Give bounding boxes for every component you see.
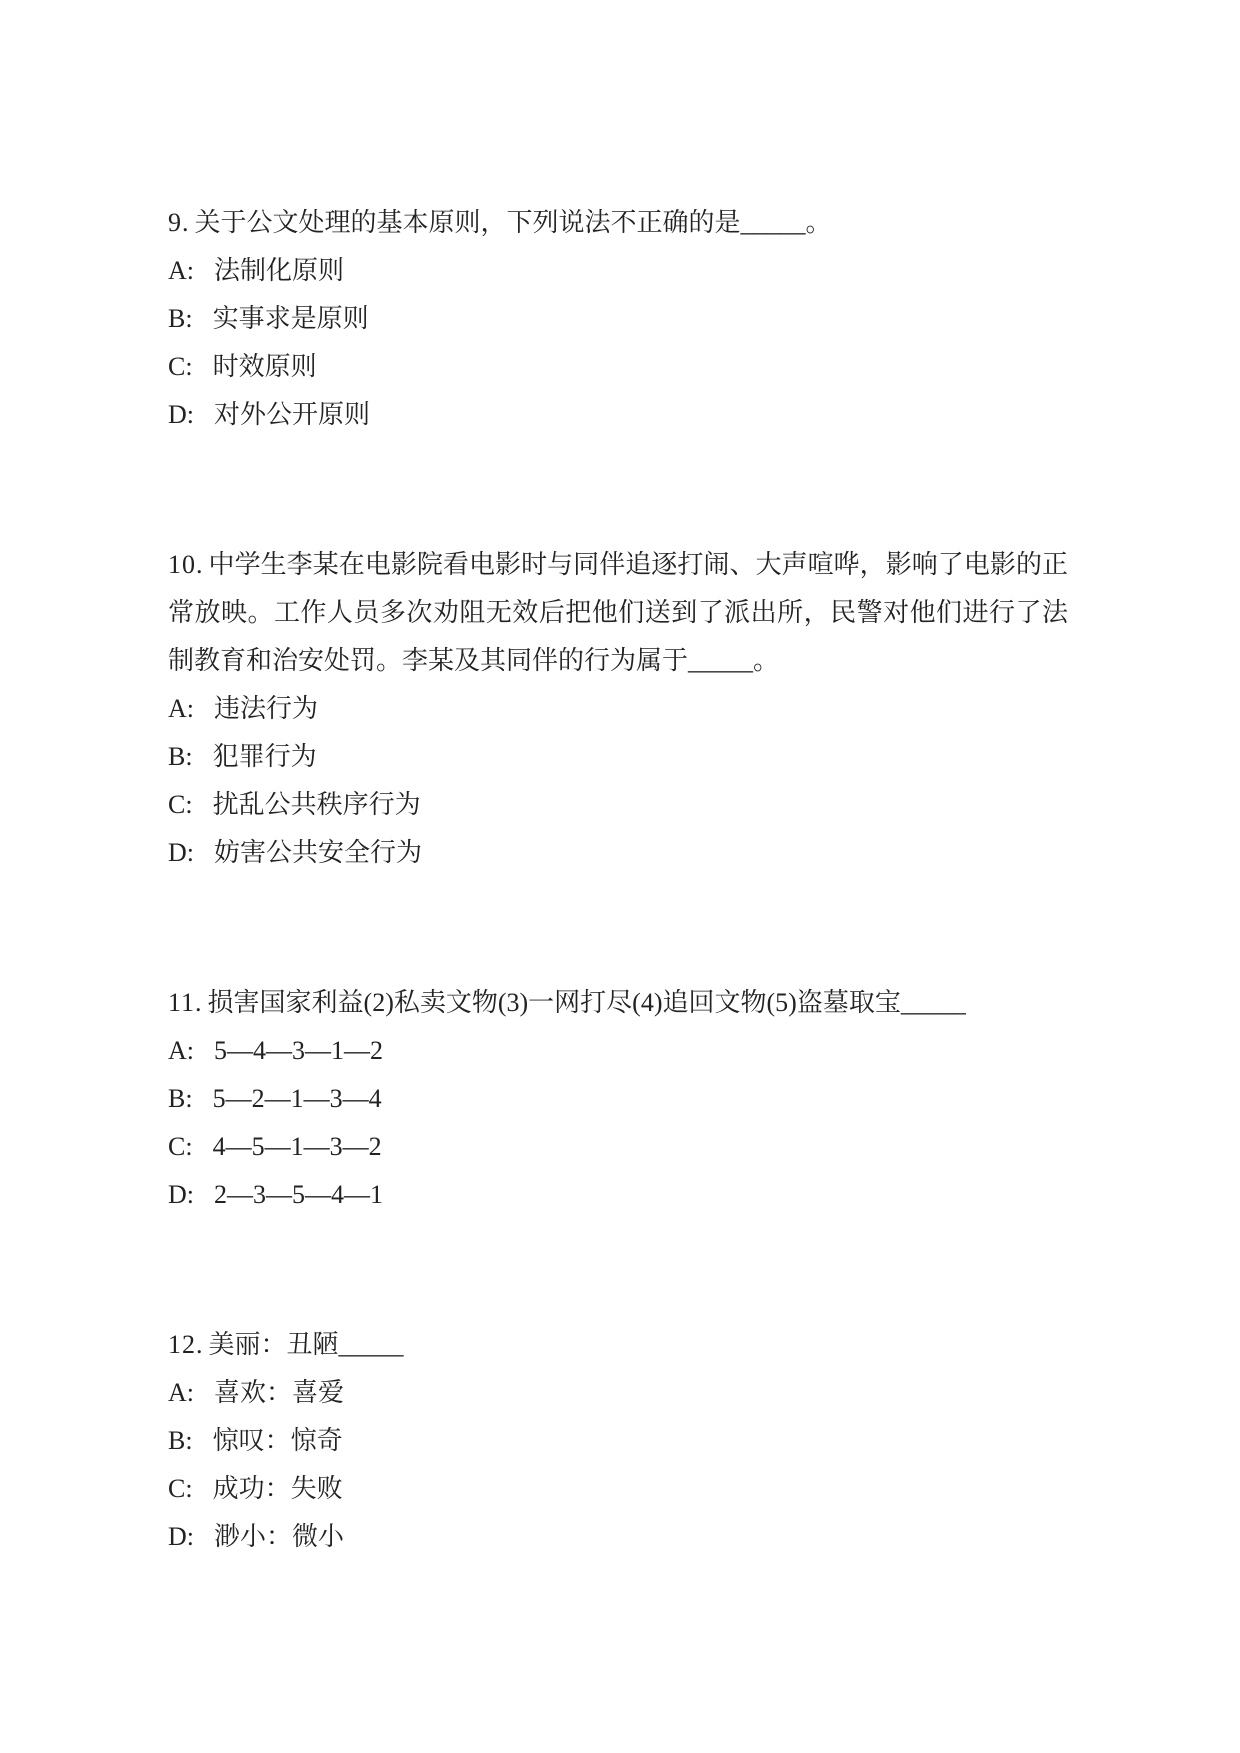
question-block-11: 11.损害国家利益(2)私卖文物(3)一网打尽(4)追回文物(5)盗墓取宝___… — [168, 979, 1068, 1219]
question-block-10: 10.中学生李某在电影院看电影时与同伴追逐打闹、大声喧哗，影响了电影的正常放映。… — [168, 541, 1068, 877]
option-row-c: C:时效原则 — [168, 343, 1068, 391]
option-label: B: — [168, 733, 193, 781]
option-text: 扰乱公共秩序行为 — [213, 790, 421, 819]
option-row-d: D:对外公开原则 — [168, 391, 1068, 439]
option-row-b: B:犯罪行为 — [168, 733, 1068, 781]
option-label: D: — [168, 1171, 194, 1219]
option-row-b: B:惊叹：惊奇 — [168, 1417, 1068, 1465]
option-label: C: — [168, 1465, 193, 1513]
option-label: B: — [168, 295, 193, 343]
question-stem: 12.美丽：丑陋_____ — [168, 1321, 1068, 1369]
option-text: 4—5—1—3—2 — [213, 1132, 382, 1161]
option-label: C: — [168, 343, 193, 391]
option-text: 成功：失败 — [213, 1474, 343, 1503]
option-label: A: — [168, 685, 194, 733]
option-label: D: — [168, 391, 194, 439]
question-text: 美丽：丑陋_____ — [209, 1330, 404, 1359]
option-text: 渺小：微小 — [214, 1522, 344, 1551]
option-row-a: A:违法行为 — [168, 685, 1068, 733]
option-label: A: — [168, 1027, 194, 1075]
option-label: A: — [168, 1369, 194, 1417]
option-label: D: — [168, 1513, 194, 1561]
option-label: D: — [168, 829, 194, 877]
question-text: 损害国家利益(2)私卖文物(3)一网打尽(4)追回文物(5)盗墓取宝_____ — [208, 988, 966, 1017]
question-block-12: 12.美丽：丑陋_____ A:喜欢：喜爱 B:惊叹：惊奇 C:成功：失败 D:… — [168, 1321, 1068, 1561]
question-stem: 9.关于公文处理的基本原则，下列说法不正确的是_____。 — [168, 199, 1068, 247]
question-number: 11. — [168, 988, 203, 1017]
option-text: 2—3—5—4—1 — [214, 1180, 383, 1209]
question-block-9: 9.关于公文处理的基本原则，下列说法不正确的是_____。 A:法制化原则 B:… — [168, 199, 1068, 439]
question-text: 关于公文处理的基本原则，下列说法不正确的是_____。 — [195, 208, 832, 237]
option-row-c: C:成功：失败 — [168, 1465, 1068, 1513]
option-text: 妨害公共安全行为 — [214, 838, 422, 867]
question-text: 中学生李某在电影院看电影时与同伴追逐打闹、大声喧哗，影响了电影的正常放映。工作人… — [168, 550, 1068, 675]
option-row-a: A:法制化原则 — [168, 247, 1068, 295]
option-text: 违法行为 — [214, 694, 318, 723]
option-text: 犯罪行为 — [213, 742, 317, 771]
option-row-a: A:喜欢：喜爱 — [168, 1369, 1068, 1417]
option-label: B: — [168, 1075, 193, 1123]
option-text: 5—2—1—3—4 — [213, 1084, 382, 1113]
option-row-c: C:扰乱公共秩序行为 — [168, 781, 1068, 829]
option-row-b: B:实事求是原则 — [168, 295, 1068, 343]
option-label: C: — [168, 781, 193, 829]
question-stem: 10.中学生李某在电影院看电影时与同伴追逐打闹、大声喧哗，影响了电影的正常放映。… — [168, 541, 1068, 685]
option-row-c: C:4—5—1—3—2 — [168, 1123, 1068, 1171]
question-stem: 11.损害国家利益(2)私卖文物(3)一网打尽(4)追回文物(5)盗墓取宝___… — [168, 979, 1068, 1027]
option-text: 惊叹：惊奇 — [213, 1426, 343, 1455]
option-text: 实事求是原则 — [213, 304, 369, 333]
option-label: A: — [168, 247, 194, 295]
exam-document-page: 9.关于公文处理的基本原则，下列说法不正确的是_____。 A:法制化原则 B:… — [0, 0, 1240, 1753]
option-text: 时效原则 — [213, 352, 317, 381]
option-row-a: A:5—4—3—1—2 — [168, 1027, 1068, 1075]
option-row-d: D:渺小：微小 — [168, 1513, 1068, 1561]
question-number: 10. — [168, 550, 204, 579]
option-text: 5—4—3—1—2 — [214, 1036, 383, 1065]
option-row-d: D:妨害公共安全行为 — [168, 829, 1068, 877]
question-number: 9. — [168, 208, 190, 237]
option-text: 喜欢：喜爱 — [214, 1378, 344, 1407]
option-text: 法制化原则 — [214, 256, 344, 285]
option-label: B: — [168, 1417, 193, 1465]
option-row-b: B:5—2—1—3—4 — [168, 1075, 1068, 1123]
option-text: 对外公开原则 — [214, 400, 370, 429]
option-row-d: D:2—3—5—4—1 — [168, 1171, 1068, 1219]
question-number: 12. — [168, 1330, 204, 1359]
option-label: C: — [168, 1123, 193, 1171]
